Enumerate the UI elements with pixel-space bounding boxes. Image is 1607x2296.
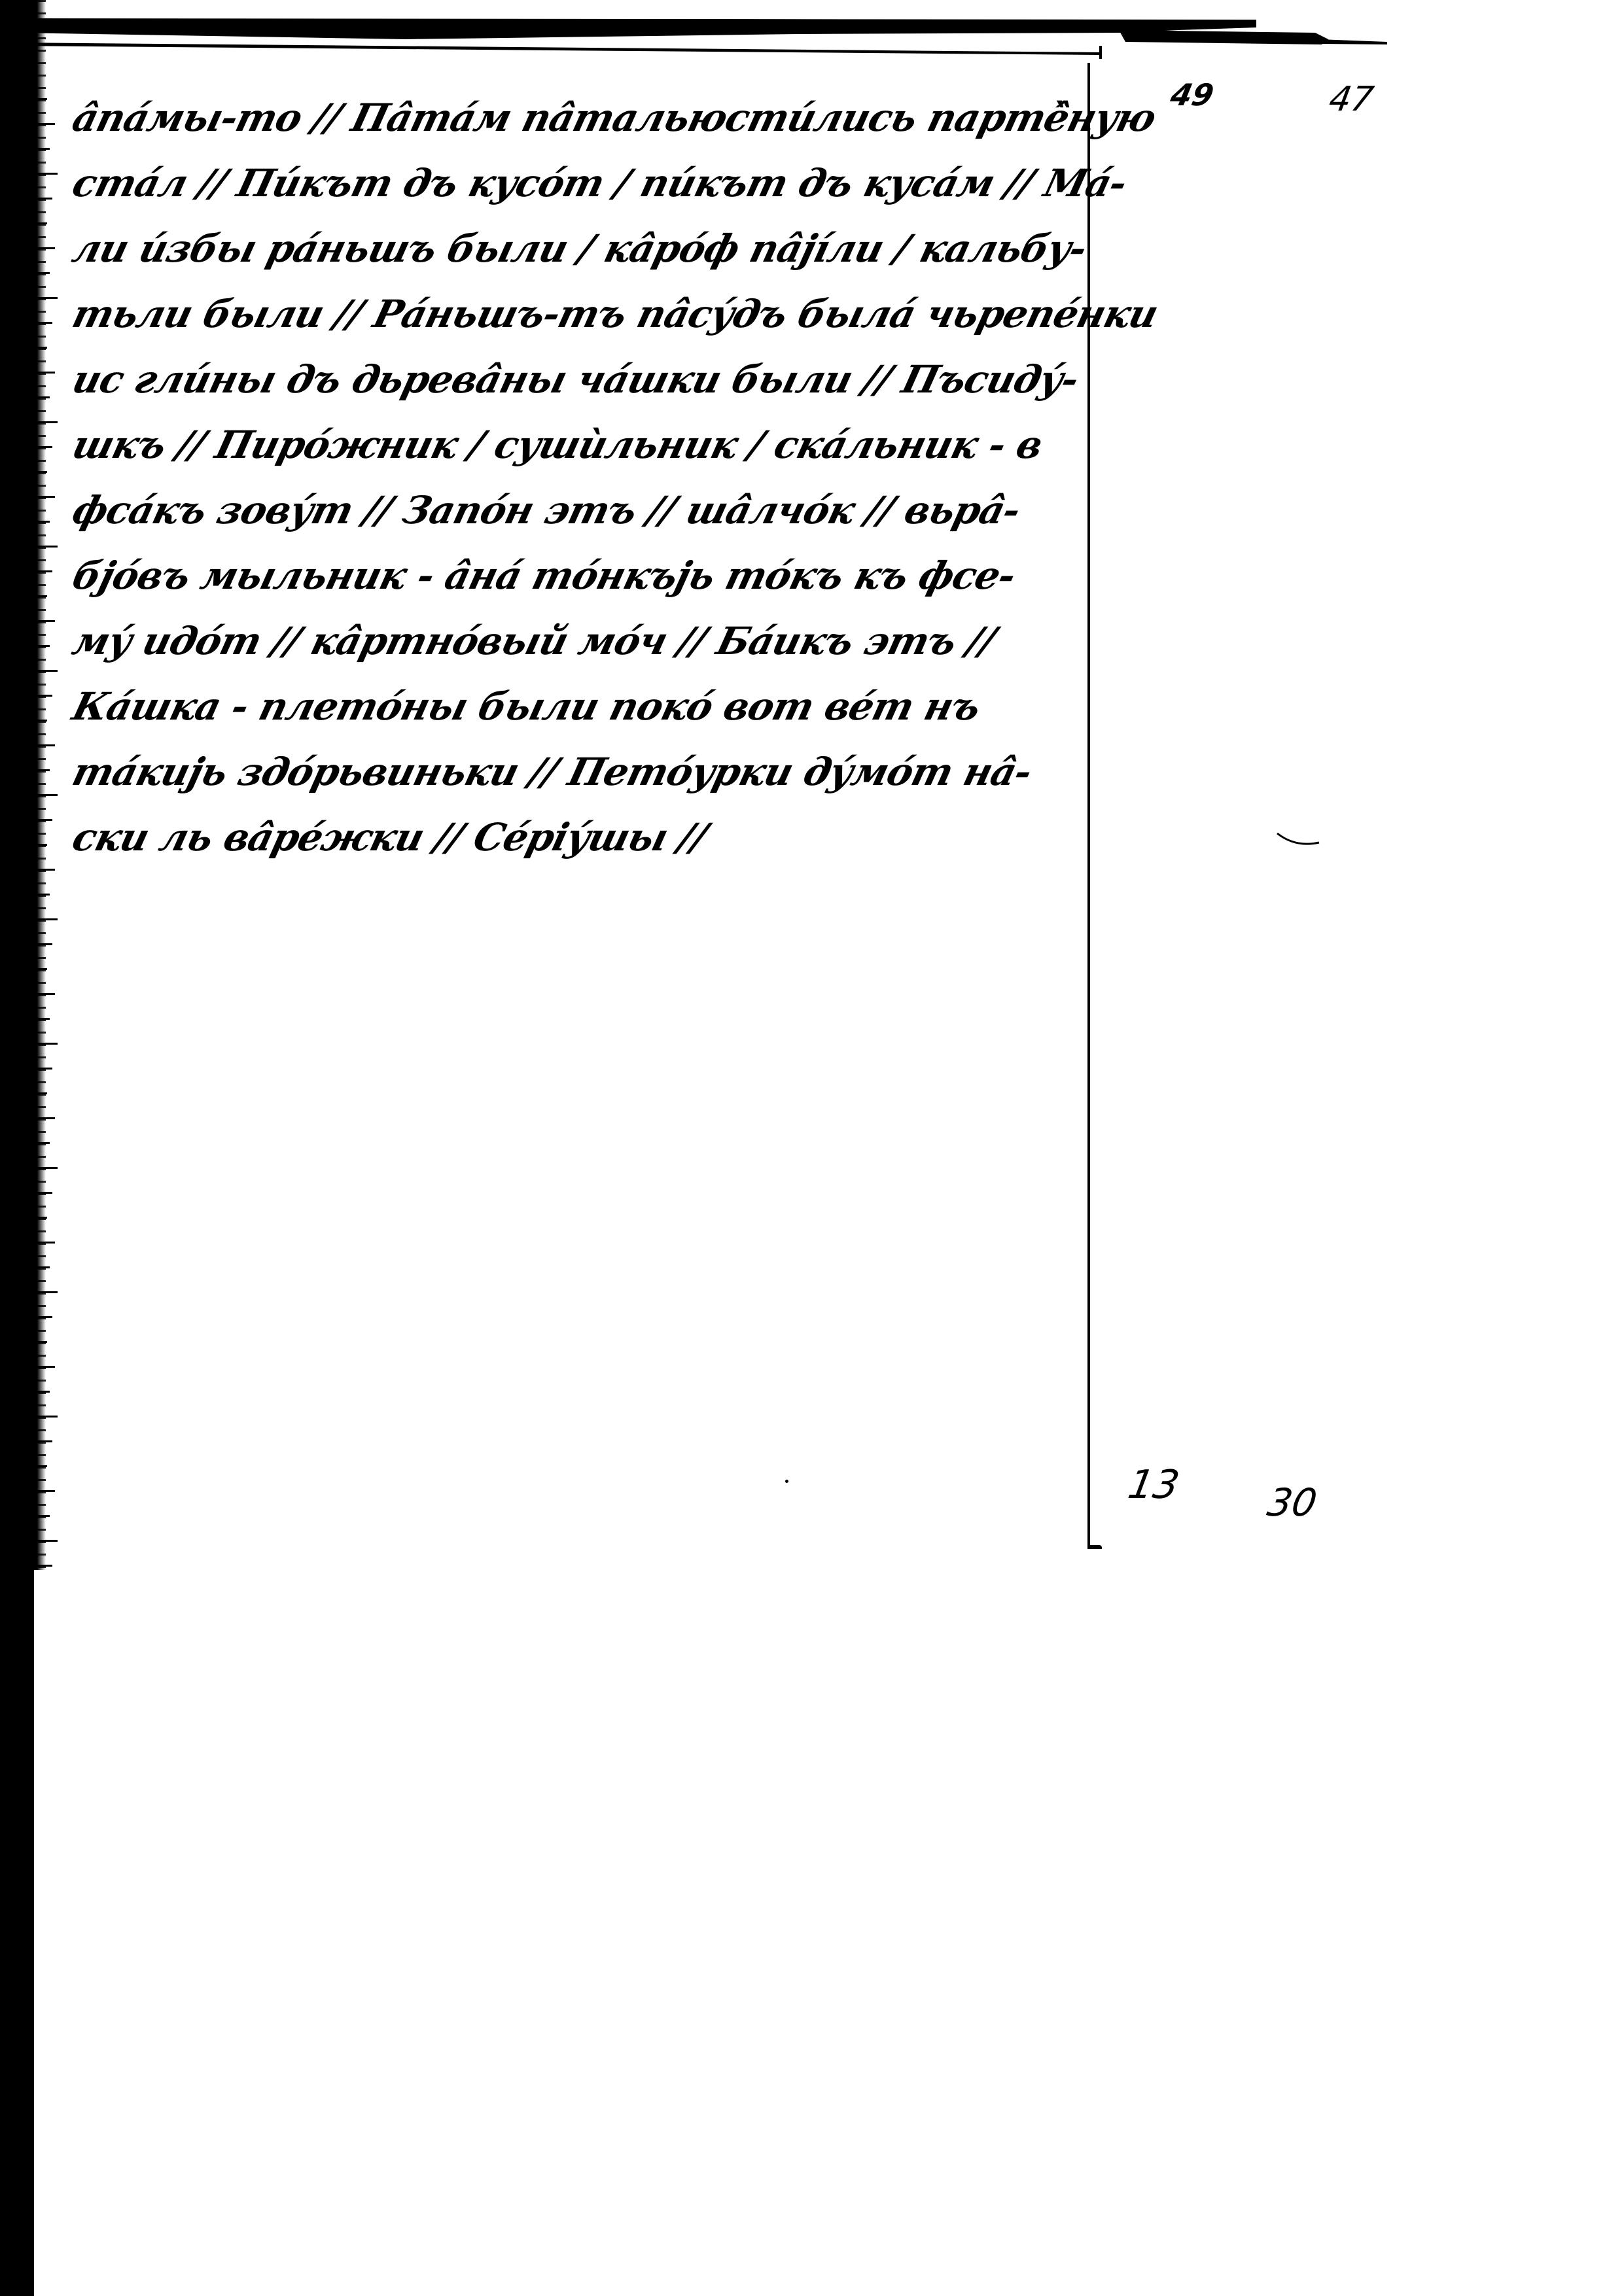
ruled-line-tick	[34, 1341, 47, 1343]
ruled-line-tick	[34, 546, 58, 548]
stray-pen-mark	[1276, 831, 1322, 850]
ruled-line-tick	[34, 272, 50, 274]
ruled-line-tick	[34, 1217, 47, 1219]
ruled-line-tick	[34, 670, 58, 672]
ruled-line-tick	[34, 869, 55, 871]
ruled-line-tick	[34, 794, 58, 796]
ruled-line-tick	[34, 1092, 47, 1094]
notebook-ruled-ticks	[20, 0, 46, 1570]
ruled-line-tick	[34, 1192, 52, 1194]
page-number-left: 49	[1168, 80, 1216, 110]
text-line: му́ идо́т // ка̂ртно́вый мо́ч // Ба́икъ …	[65, 608, 1103, 674]
ruled-line-tick	[34, 396, 50, 398]
ruled-line-tick	[34, 1416, 58, 1418]
ruled-line-tick	[34, 968, 47, 970]
text-line: а̂па́мы-то // Па̂та́м па̂тальюсти́лись п…	[65, 85, 1103, 150]
ruled-line-tick	[34, 1043, 58, 1045]
ruled-line-tick	[34, 471, 47, 473]
ruled-line-tick	[34, 645, 50, 647]
ruled-line-tick	[34, 198, 52, 200]
ruled-line-tick	[34, 1291, 58, 1293]
ruled-line-tick	[34, 446, 52, 448]
ruled-line-tick	[34, 1018, 50, 1020]
ruled-line-tick	[34, 173, 58, 175]
ruled-line-tick	[34, 570, 52, 572]
text-line: Ка́шка - плето́ны были поко́ вот ве́т нъ	[65, 674, 1103, 739]
ruled-line-tick	[34, 1167, 58, 1169]
ruled-line-tick	[34, 1142, 50, 1144]
text-line: ли и́збы ра́ньшъ были / ка̂ро́ф па̂jíли …	[65, 216, 1103, 281]
scan-speck	[785, 1480, 788, 1483]
ruled-line-tick	[34, 1540, 58, 1542]
ruled-line-tick	[34, 1117, 55, 1119]
ruled-line-tick	[34, 347, 47, 349]
ruled-line-tick	[34, 222, 47, 224]
sheet-number-right: 30	[1265, 1484, 1320, 1522]
ruled-line-tick	[34, 1440, 52, 1442]
ruled-line-tick	[34, 1242, 55, 1244]
ruled-line-tick	[34, 1366, 55, 1368]
text-line: тьли были // Ра́ньшъ-тъ па̂су́дъ была́ ч…	[65, 281, 1103, 347]
ruled-line-tick	[34, 595, 47, 597]
torn-top-edge	[13, 13, 1387, 59]
ruled-line-tick	[34, 297, 58, 299]
text-line: ста́л // Пи́кът дъ кусо́т / пи́кът дъ ку…	[65, 150, 1103, 216]
ruled-line-tick	[34, 1465, 47, 1467]
ruled-line-tick	[34, 1391, 50, 1393]
ruled-line-tick	[34, 1515, 50, 1517]
ruled-line-tick	[34, 819, 52, 821]
text-line: та́киjь здо́рьвиньки // Пето́урки ду́мо́…	[65, 739, 1103, 805]
text-line: ис гли́ны дъ дьрева̂ны ча́шки были // Пъ…	[65, 347, 1103, 412]
ruled-line-tick	[34, 322, 52, 324]
ruled-line-tick	[34, 769, 50, 771]
ruled-line-tick	[34, 744, 55, 746]
ruled-line-tick	[34, 98, 47, 100]
ruled-line-tick	[34, 421, 58, 423]
ruled-line-tick	[34, 372, 55, 374]
ruled-line-tick	[34, 844, 47, 846]
text-line: ски ль ва̂ре́жки // Се́рiу́шы //	[65, 805, 1103, 870]
ruled-line-tick	[34, 918, 58, 920]
text-line: бjо́въ мыльник - а̂на́ то́нкъjь то́къ къ…	[65, 543, 1103, 608]
ruled-line-tick	[34, 1266, 50, 1268]
ruled-line-tick	[34, 993, 55, 995]
ruled-line-tick	[34, 521, 50, 523]
ruled-line-tick	[34, 695, 52, 697]
text-line: фса́къ зову́т // Запо́н этъ // ша̂лчо́к …	[65, 478, 1103, 543]
ruled-line-tick	[34, 720, 47, 722]
ruled-line-tick	[34, 247, 55, 249]
sheet-number-left: 13	[1125, 1465, 1182, 1505]
ruled-line-tick	[34, 148, 50, 150]
ruled-line-tick	[34, 123, 55, 125]
ruled-line-tick	[34, 1565, 52, 1567]
ruled-line-tick	[34, 943, 52, 945]
ruled-line-tick	[34, 1490, 55, 1492]
page-number-right: 47	[1326, 82, 1375, 116]
text-line: шкъ // Пиро́жник / сушѝльник / ска́льник…	[65, 412, 1103, 478]
ruled-line-tick	[34, 1068, 52, 1070]
ruled-line-tick	[34, 894, 50, 896]
ruled-line-tick	[34, 1316, 52, 1318]
right-margin-rule-foot	[1087, 1545, 1102, 1549]
ruled-line-tick	[34, 620, 55, 622]
handwritten-text-body: а̂па́мы-то // Па̂та́м па̂тальюсти́лись п…	[65, 85, 1086, 870]
ruled-line-tick	[34, 496, 55, 498]
